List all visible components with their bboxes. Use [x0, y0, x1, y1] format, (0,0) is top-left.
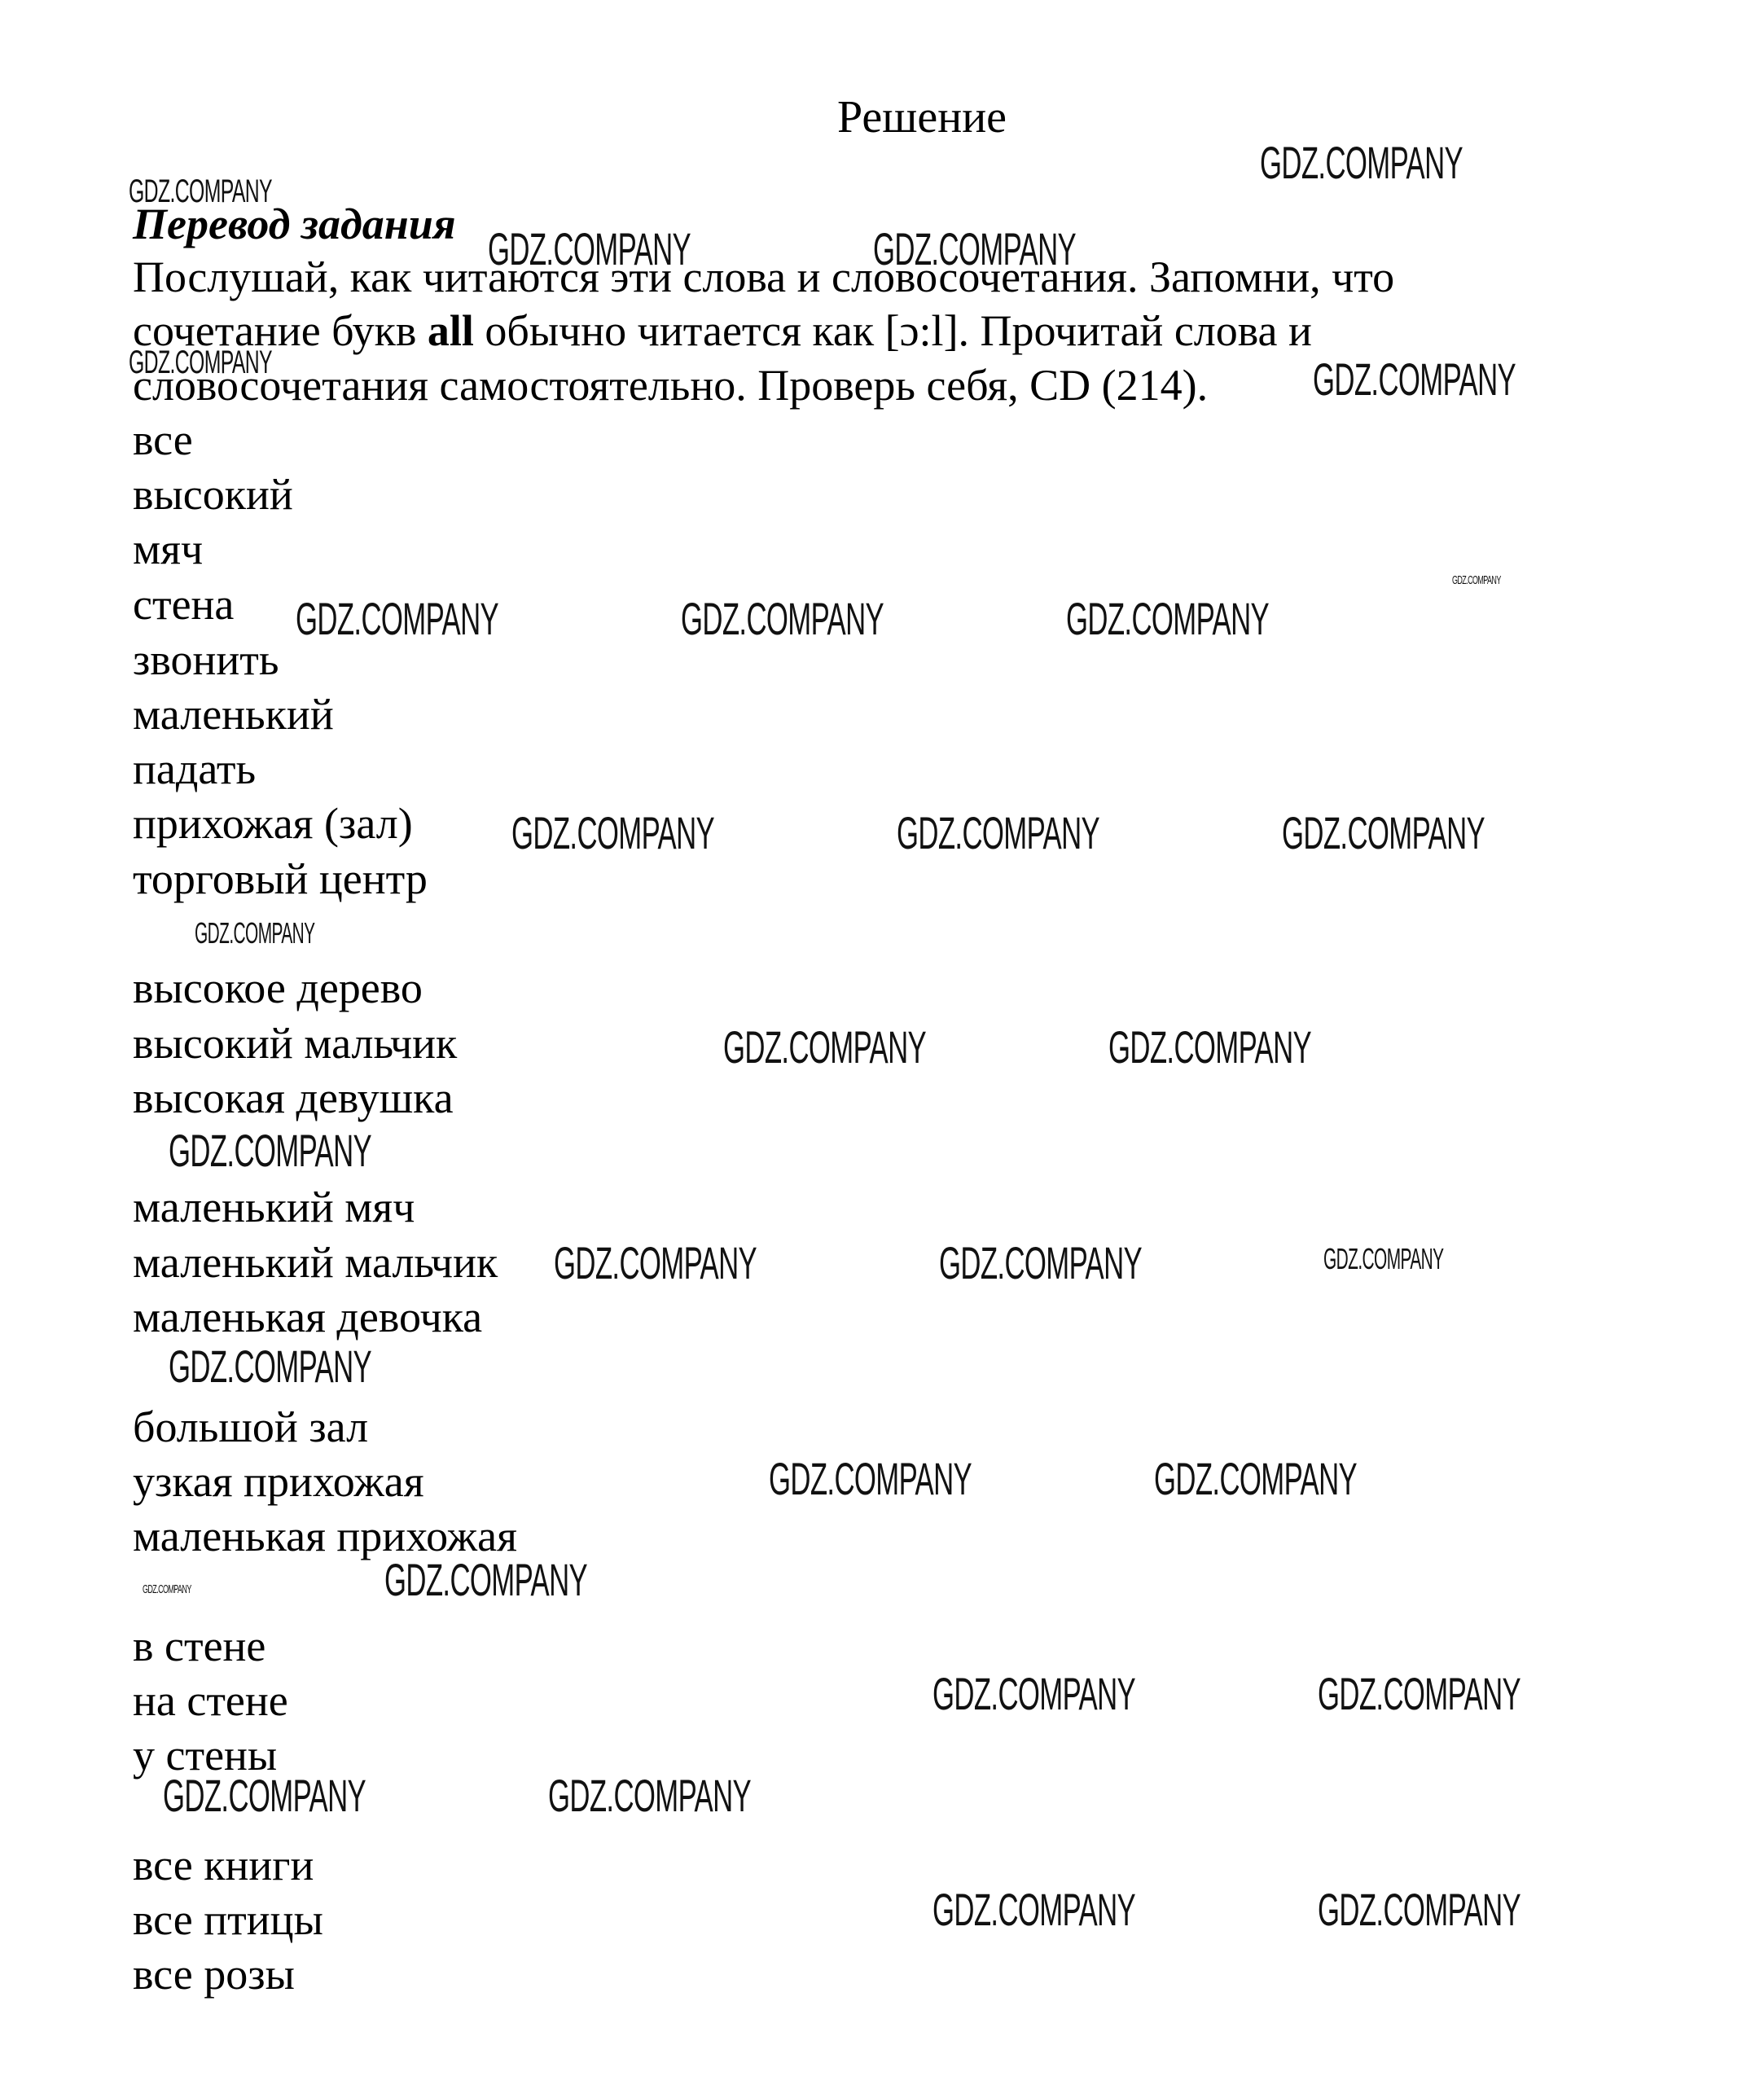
phrase-item: большой зал [133, 1405, 368, 1449]
phrase-item: все книги [133, 1843, 314, 1887]
instructions-line-1: Послушай, как читаются эти слова и слово… [133, 255, 1394, 299]
watermark: GDZ.COMPANY [932, 1671, 1135, 1717]
watermark: GDZ.COMPANY [143, 1583, 191, 1595]
phrase-item: высокая девушка [133, 1076, 454, 1120]
word-item: стена [133, 582, 234, 626]
word-item: звонить [133, 638, 279, 682]
watermark: GDZ.COMPANY [1260, 140, 1463, 186]
instructions-text: обычно читается как [ɔ:l]. Прочитай слов… [474, 306, 1312, 355]
watermark: GDZ.COMPANY [1108, 1025, 1311, 1070]
word-item: падать [133, 747, 256, 791]
phrase-item: на стене [133, 1679, 288, 1723]
watermark: GDZ.COMPANY [169, 1128, 371, 1174]
watermark: GDZ.COMPANY [1313, 357, 1516, 402]
watermark: GDZ.COMPANY [939, 1240, 1142, 1286]
instructions-line-2: сочетание букв all обычно читается как [… [133, 309, 1312, 353]
watermark: GDZ.COMPANY [384, 1557, 587, 1603]
watermark: GDZ.COMPANY [511, 810, 714, 856]
watermark: GDZ.COMPANY [769, 1456, 972, 1502]
watermark: GDZ.COMPANY [1154, 1456, 1357, 1502]
watermark: GDZ.COMPANY [1452, 574, 1501, 586]
page-title: Решение [837, 94, 1007, 140]
watermark: GDZ.COMPANY [169, 1344, 371, 1389]
word-item: мяч [133, 527, 203, 571]
word-item: маленький [133, 692, 334, 736]
phrase-item: узкая прихожая [133, 1459, 424, 1503]
instructions-line-3: словосочетания самостоятельно. Проверь с… [133, 363, 1208, 407]
watermark: GDZ.COMPANY [129, 175, 272, 208]
document-page: Решение Перевод задания Послушай, как чи… [0, 0, 1764, 2089]
phrase-item: все розы [133, 1952, 295, 1996]
watermark: GDZ.COMPANY [488, 226, 691, 272]
watermark: GDZ.COMPANY [897, 810, 1099, 856]
watermark: GDZ.COMPANY [195, 919, 315, 948]
phrase-item: маленький мальчик [133, 1240, 498, 1284]
watermark: GDZ.COMPANY [1318, 1887, 1520, 1933]
word-item: высокий [133, 472, 293, 516]
watermark: GDZ.COMPANY [932, 1887, 1135, 1933]
phrase-item: маленькая прихожая [133, 1514, 517, 1558]
watermark: GDZ.COMPANY [129, 346, 272, 379]
watermark: GDZ.COMPANY [1282, 810, 1485, 856]
watermark: GDZ.COMPANY [1323, 1244, 1444, 1274]
watermark: GDZ.COMPANY [1066, 596, 1269, 642]
phrase-item: маленький мяч [133, 1185, 415, 1229]
phrase-item: все птицы [133, 1898, 323, 1942]
phrase-item: высокий мальчик [133, 1021, 457, 1065]
watermark: GDZ.COMPANY [554, 1240, 757, 1286]
watermark: GDZ.COMPANY [163, 1773, 366, 1819]
watermark: GDZ.COMPANY [296, 596, 498, 642]
word-item: торговый центр [133, 857, 428, 901]
phrase-item: в стене [133, 1624, 265, 1668]
watermark: GDZ.COMPANY [1318, 1671, 1520, 1717]
watermark: GDZ.COMPANY [873, 226, 1076, 272]
watermark: GDZ.COMPANY [681, 596, 884, 642]
word-item: прихожая (зал) [133, 801, 413, 845]
phrase-item: высокое дерево [133, 966, 423, 1010]
watermark: GDZ.COMPANY [723, 1025, 926, 1070]
phrase-item: маленькая девочка [133, 1295, 482, 1339]
watermark: GDZ.COMPANY [548, 1773, 751, 1819]
letter-combination-all: all [428, 306, 474, 355]
word-item: все [133, 418, 193, 462]
